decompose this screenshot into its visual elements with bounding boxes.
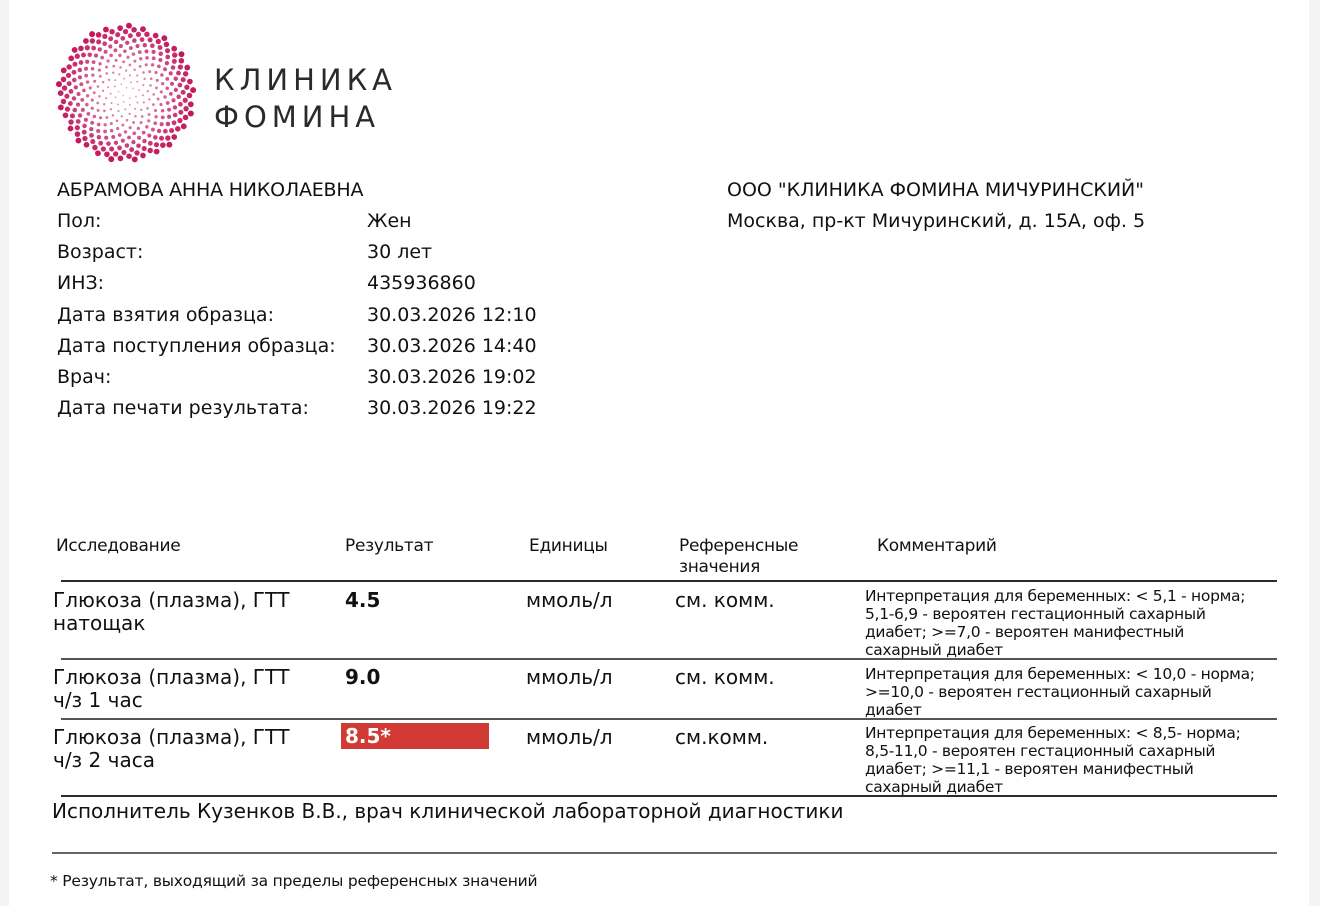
comment-line: диабет; >=7,0 - вероятен манифестный [865,623,1265,641]
comment-line: Интерпретация для беременных: < 10,0 - н… [865,665,1265,683]
reference-value: см.комм. [675,726,768,749]
field-value-sample-taken: 30.03.2026 12:10 [367,304,537,326]
comment-line: Интерпретация для беременных: < 5,1 - но… [865,587,1265,605]
field-label-age: Возраст: [57,241,143,263]
reference-value: см. комм. [675,589,775,612]
row-divider [61,718,1277,720]
header-reference-line1: Референсные [679,536,798,557]
field-label-sample-taken: Дата взятия образца: [57,304,274,326]
study-name-line2: натощак [53,612,145,635]
comment-line: диабет; >=11,1 - вероятен манифестный [865,760,1265,778]
field-label-doctor: Врач: [57,366,111,388]
study-name-line1: Глюкоза (плазма), ГТТ [53,726,289,749]
comment-line: сахарный диабет [865,641,1265,659]
field-value-age: 30 лет [367,241,432,263]
table-bottom-divider [61,795,1277,797]
field-value-print-date: 30.03.2026 19:22 [367,397,537,419]
study-name-line2: ч/з 2 часа [53,749,155,772]
header-units: Единицы [529,536,608,557]
field-value-doctor: 30.03.2026 19:02 [367,366,537,388]
comment-line: сахарный диабет [865,778,1265,796]
study-name-line1: Глюкоза (плазма), ГТТ [53,589,289,612]
brand-name-line1: КЛИНИКА [214,63,397,97]
comment-text: Интерпретация для беременных: < 10,0 - н… [865,665,1265,719]
comment-text: Интерпретация для беременных: < 5,1 - но… [865,587,1265,659]
field-label-print-date: Дата печати результата: [57,397,309,419]
result-value: 9.0 [345,666,380,689]
flagged-result-value: 8.5* [341,723,489,749]
lab-report-page: КЛИНИКА ФОМИНА АБРАМОВА АННА НИКОЛАЕВНА … [9,0,1309,906]
brand-name-line2: ФОМИНА [214,100,380,134]
comment-line: 5,1-6,9 - вероятен гестационный сахарный [865,605,1265,623]
executor-signature: Исполнитель Кузенков В.В., врач клиничес… [52,799,843,823]
units-value: ммоль/л [526,666,613,689]
reference-value: см. комм. [675,666,775,689]
comment-line: Интерпретация для беременных: < 8,5- нор… [865,724,1265,742]
study-name-line2: ч/з 1 час [53,689,143,712]
field-value-inz: 435936860 [367,272,476,294]
comment-text: Интерпретация для беременных: < 8,5- нор… [865,724,1265,796]
header-divider [61,580,1277,582]
result-value: 4.5 [345,589,380,612]
row-divider [61,658,1277,660]
header-reference-line2: значения [679,557,760,578]
units-value: ммоль/л [526,589,613,612]
comment-line: 8,5-11,0 - вероятен гестационный сахарны… [865,742,1265,760]
field-value-sample-received: 30.03.2026 14:40 [367,335,537,357]
clinic-address: Москва, пр-кт Мичуринский, д. 15А, оф. 5 [727,210,1145,232]
comment-line: >=10,0 - вероятен гестационный сахарный [865,683,1265,701]
field-value-sex: Жен [367,210,412,232]
field-label-inz: ИНЗ: [57,272,104,294]
header-study: Исследование [56,536,180,557]
footnote: * Результат, выходящий за пределы рефере… [50,872,537,890]
footer-divider [52,852,1277,854]
clinic-logo-icon [53,20,199,166]
clinic-org-name: ООО "КЛИНИКА ФОМИНА МИЧУРИНСКИЙ" [727,179,1144,201]
units-value: ммоль/л [526,726,613,749]
comment-line: диабет [865,701,1265,719]
header-result: Результат [345,536,433,557]
study-name-line1: Глюкоза (плазма), ГТТ [53,666,289,689]
field-label-sample-received: Дата поступления образца: [57,335,336,357]
header-comment: Комментарий [877,536,997,557]
patient-name: АБРАМОВА АННА НИКОЛАЕВНА [57,179,363,201]
field-label-sex: Пол: [57,210,101,232]
